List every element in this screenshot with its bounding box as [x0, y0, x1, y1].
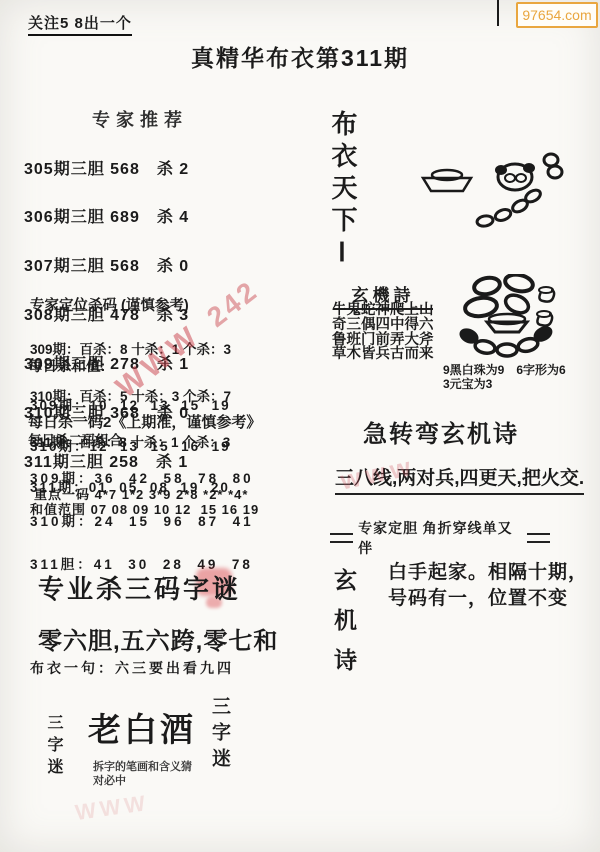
mystery-vertical-label: 玄机诗: [328, 568, 361, 688]
dash-left-decoration: [330, 533, 353, 543]
mystery-poem-line: 草木皆兵古而来: [332, 347, 434, 362]
three-char-left-label: 三字迷: [42, 714, 65, 780]
bead-caption: 3元宝为3: [443, 375, 492, 392]
mystery-poem-line: 奇三偶四中得六: [332, 318, 434, 333]
red-watermark: WWW: [74, 790, 151, 826]
dash-right-decoration: [527, 533, 550, 543]
top-focus-note: 关注5 8出一个: [28, 12, 132, 36]
expert-dan-line: 专家定胆 角折穿线单又伴: [330, 518, 550, 558]
header-divider: [497, 0, 499, 26]
sum-range-line: 和值范围 07 08 09 10 12 15 16 19: [30, 499, 259, 518]
recommend-row: 305期三胆 568 杀 2: [24, 162, 189, 178]
turn-poem-line: 三八线,两对兵,四更天,把火交.: [335, 463, 584, 495]
buyi-sentence: 布衣一句：六三要出看九四: [30, 658, 234, 678]
site-link[interactable]: 97654.com: [516, 2, 598, 28]
buyi-banner-vertical: 布衣天下Ⅰ: [325, 110, 362, 274]
expert-dan-text: 专家定胆 角折穿线单又伴: [358, 518, 522, 558]
turn-poem-title: 急转弯玄机诗: [363, 414, 519, 449]
riddle-line: 零六胆,五六跨,零七和: [38, 621, 278, 656]
three-char-word: 老白酒: [88, 704, 196, 751]
riddle-title: 专业杀三码字谜: [38, 569, 241, 606]
page-title: 真精华布衣第311期: [0, 40, 600, 73]
three-char-note: 对必中: [93, 772, 126, 788]
mystery-poem: 牛鬼蛇神爬上山 奇三偶四中得六 鲁班门前弄大斧 草木皆兵古而来: [332, 303, 434, 362]
recommend-row: 307期三胆 568 杀 0: [24, 259, 189, 275]
mystery-poem-line: 牛鬼蛇神爬上山: [332, 303, 434, 318]
three-char-right-label: 三字迷: [206, 696, 233, 774]
mystery-line: 白手起家。相隔十期，: [388, 557, 588, 584]
mystery-line: 号码有一，位置不变: [388, 583, 568, 610]
recommend-row: 306期三胆 689 杀 4: [24, 210, 189, 226]
lottery-sheet-page: 关注5 8出一个 97654.com 真精华布衣第311期 专家推荐 305期三…: [0, 0, 600, 852]
buyi-sketch-illustration: [415, 150, 570, 228]
bead-illustration: [455, 274, 559, 359]
